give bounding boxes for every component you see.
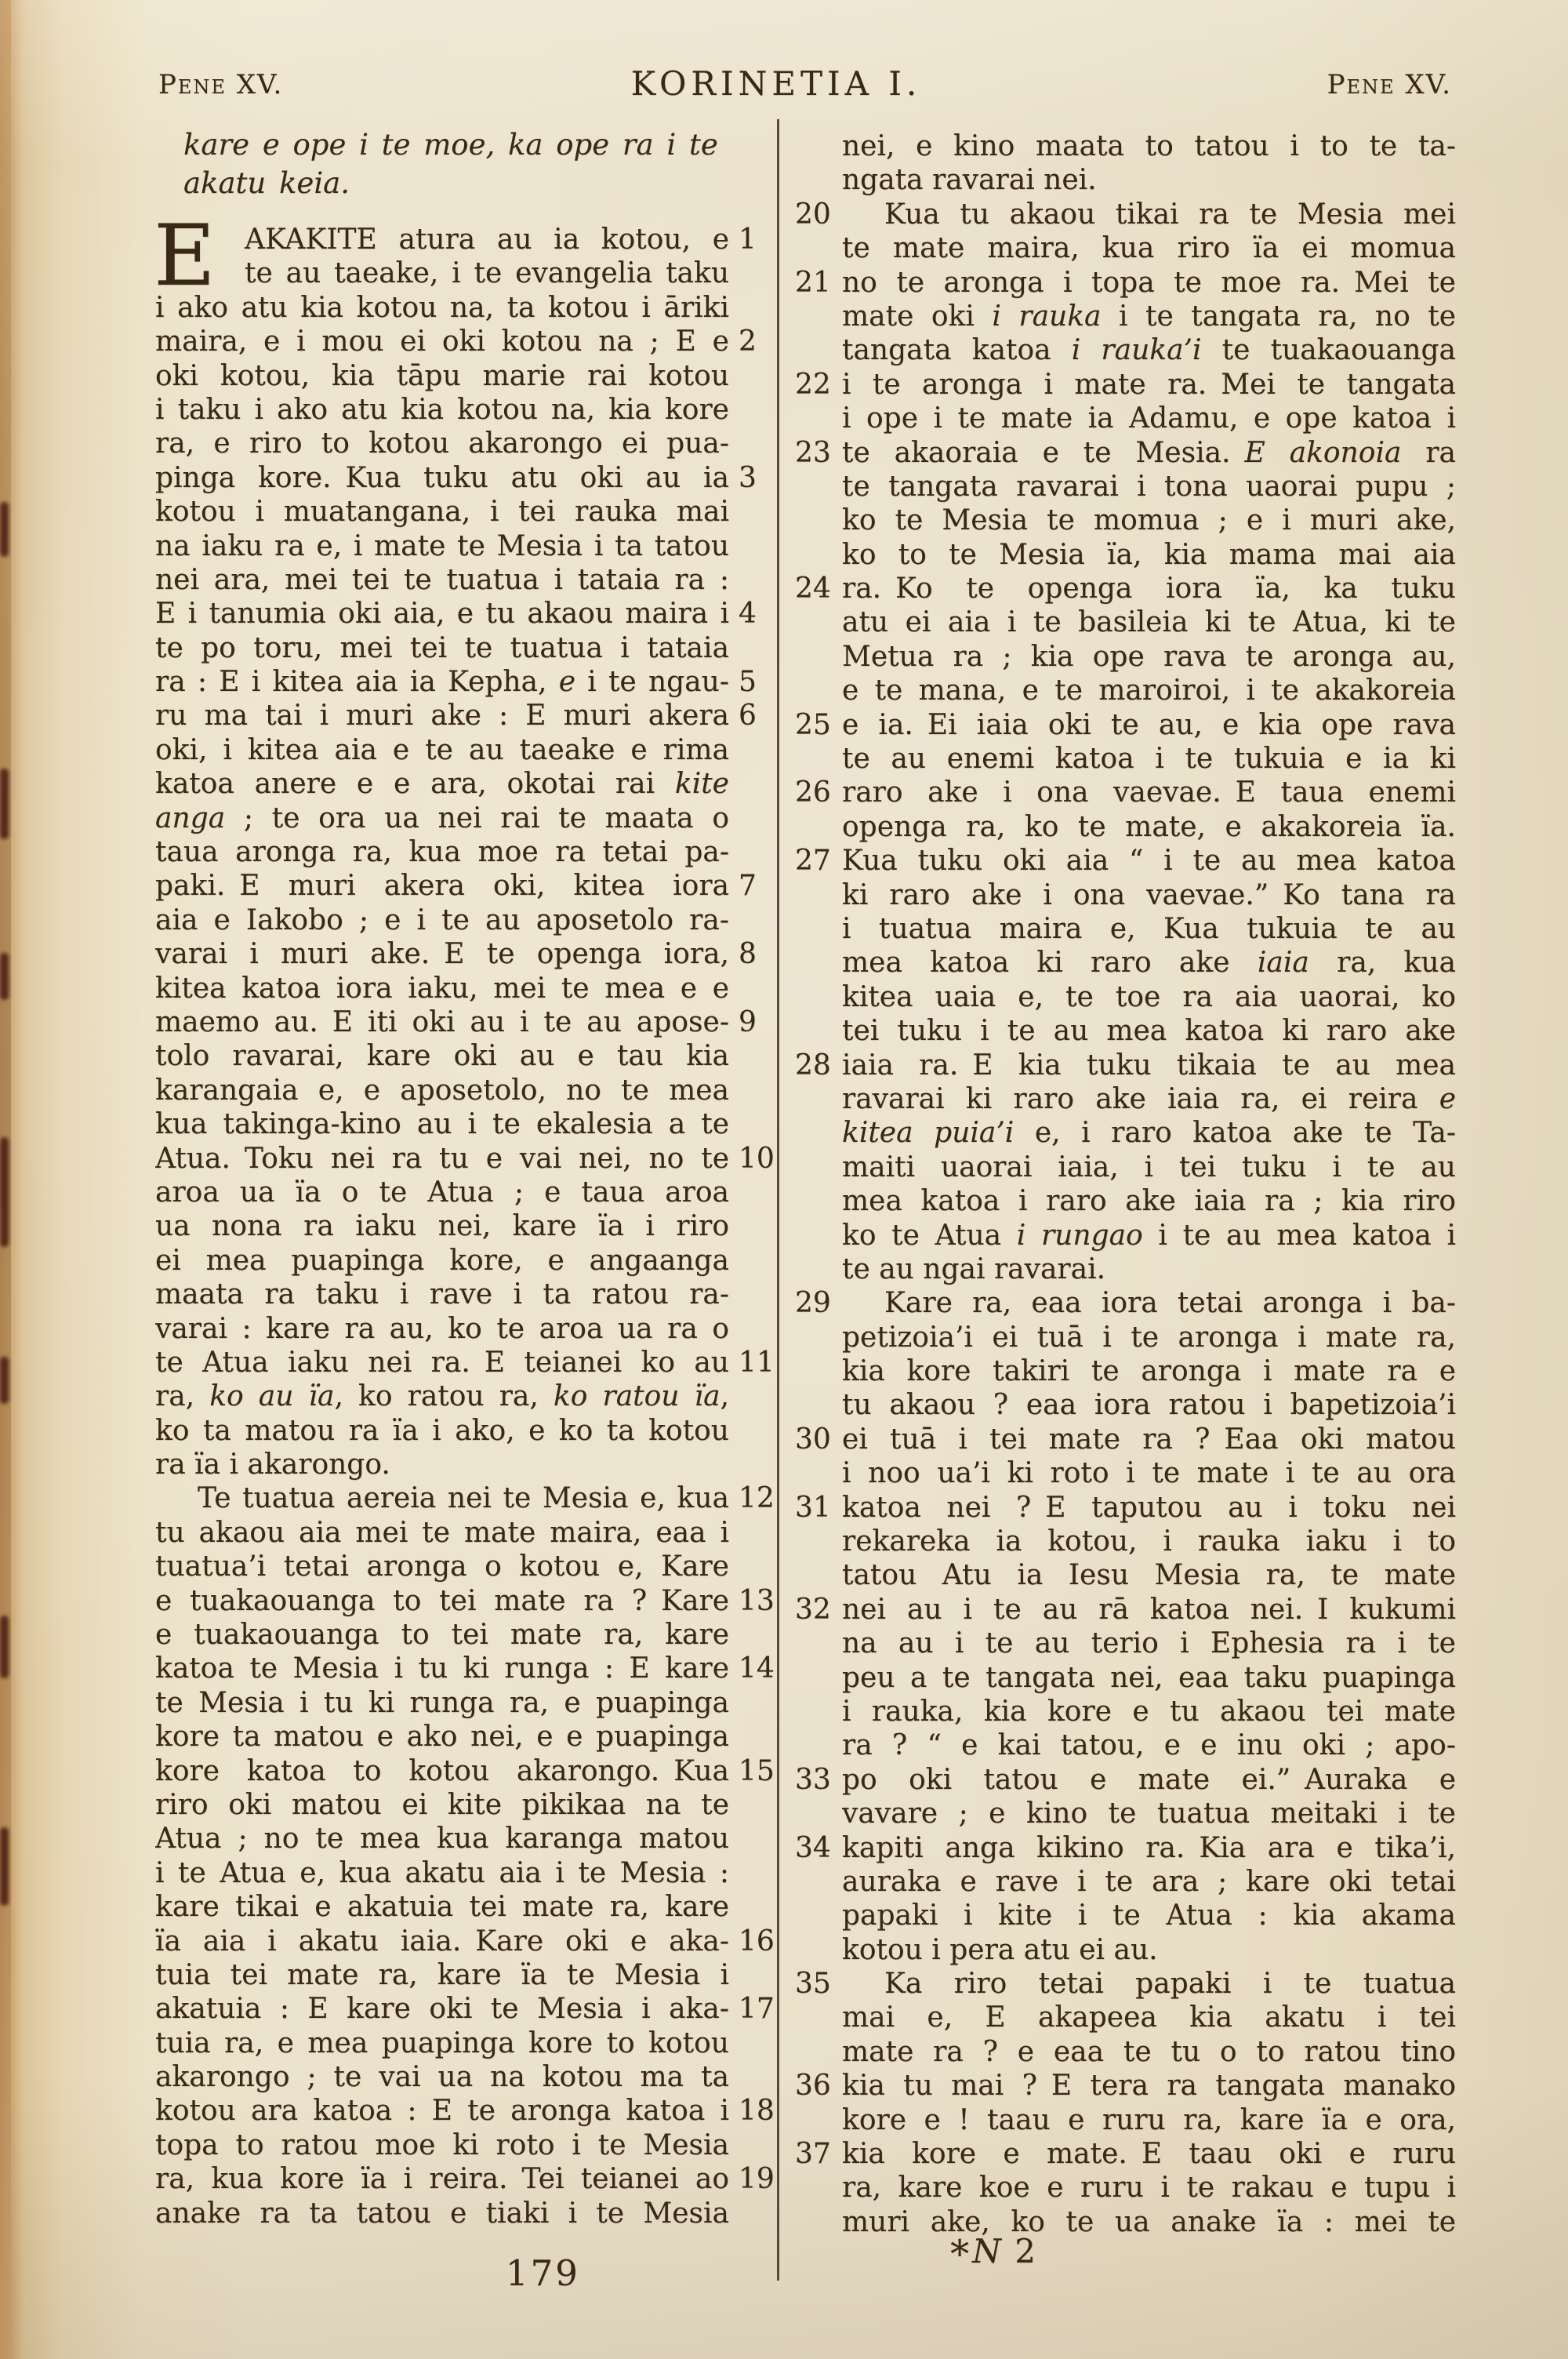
verse-number-slot (729, 733, 775, 767)
verse-number-slot (729, 1107, 775, 1141)
text-line: tatou Atu ia Iesu Mesia ra, te mate (793, 1558, 1456, 1592)
line-text: e te mana, e te maroiroi, i te akakoreia (842, 674, 1456, 707)
line-text: na au i te au terio i Ephesia ra i te (842, 1627, 1456, 1660)
text-line: ngata ravarai nei. (793, 163, 1456, 197)
line-text: karangaia e, e aposetolo, no te mea (155, 1074, 729, 1107)
line-text: e tuakaouanga to tei mate ra ? Kare (155, 1584, 729, 1618)
text-line: i noo ua’i ki roto i te mate i te au ora (793, 1456, 1456, 1490)
verse-number-slot (729, 1890, 775, 1924)
line-text: e tuakaouanga to tei mate ra, kare (155, 1618, 729, 1652)
line-text: Atua. Toku nei ra tu e vai nei, no te (155, 1142, 729, 1176)
text-line: tuatua’i tetai aronga o kotou e, Kare (155, 1550, 775, 1583)
verse-number: 11 (729, 1346, 775, 1379)
verse-number: 21 (793, 266, 842, 300)
verse-number-slot (793, 1627, 842, 1660)
text-line: ravarai ki raro ake iaia ra, ei reira e (793, 1082, 1456, 1116)
verse-number-slot (793, 878, 842, 912)
text-line: muri ake, ko te ua anake ïa : mei te (793, 2205, 1456, 2239)
line-text: katoa anere e e ara, okotai rai kite (155, 767, 729, 801)
text-line: ki raro ake i ona vaevae.” Ko tana ra (793, 878, 1456, 912)
line-text: ki raro ake i ona vaevae.” Ko tana ra (842, 878, 1456, 912)
verse-number: 23 (793, 436, 842, 470)
line-text: ïa aia i akatu iaia. Kare oki e aka- (155, 1925, 729, 1958)
verse-number: 37 (793, 2137, 842, 2171)
verse-number-slot (729, 801, 775, 835)
text-line: te au enemi katoa i te tukuia e ia ki (793, 742, 1456, 776)
text-line: tuia tei mate ra, kare ïa te Mesia i (155, 1958, 775, 1992)
text-line: kotou i muatangana, i tei rauka mai (155, 495, 775, 529)
verse-number-slot (793, 402, 842, 435)
text-line: tangata katoa i rauka’i te tuakaouanga (793, 333, 1456, 367)
verse-number-slot (729, 1039, 775, 1073)
text-line: ko ta matou ra ïa i ako, e ko ta kotou (155, 1414, 775, 1448)
line-text: ru ma tai i muri ake : E muri akera (155, 699, 729, 732)
line-text: i rauka, kia kore e tu akaou tei mate (842, 1695, 1456, 1728)
text-line: 20Kua tu akaou tikai ra te Mesia mei (793, 198, 1456, 231)
verse-number-slot (793, 163, 842, 197)
intro-line: akatu keia. (183, 164, 724, 202)
text-line: katoa te Mesia i tu ki runga : E kare14 (155, 1652, 775, 1685)
text-line: ra ? “ e kai tatou, e e inu oki ; apo- (793, 1728, 1456, 1762)
text-line: 30ei tuā i tei mate ra ? Eaa oki matou (793, 1423, 1456, 1456)
text-line: mai e, E akapeea kia akatu i tei (793, 2001, 1456, 2034)
verse-number-slot (729, 495, 775, 529)
verse-number: 7 (729, 869, 775, 903)
text-line: ua nona ra iaku nei, kare ïa i riro (155, 1209, 775, 1243)
line-text: tu akaou ? eaa iora ratou i bapetizoia’i (842, 1388, 1456, 1422)
verse-number: 14 (729, 1652, 775, 1685)
verse-number: 2 (729, 325, 775, 358)
line-text: mea katoa ki raro ake iaia ra, kua (842, 946, 1456, 980)
verse-number-slot (793, 1150, 842, 1184)
text-line: maiti uaorai iaia, i tei tuku i te au (793, 1150, 1456, 1184)
line-text: kua takinga-kino au i te ekalesia a te (155, 1107, 729, 1141)
line-text: tatou Atu ia Iesu Mesia ra, te mate (842, 1558, 1456, 1592)
line-text: anga ; te ora ua nei rai te maata o (155, 801, 729, 835)
line-text: katoa nei ? E taputou au i toku nei (842, 1491, 1456, 1525)
line-text: vavare ; e kino te tuatua meitaki i te (842, 1797, 1456, 1830)
text-line: kitea uaia e, te toe ra aia uaorai, ko (793, 980, 1456, 1014)
line-text: te au taeake, i te evangelia taku (155, 256, 729, 290)
text-line: Atua. Toku nei ra tu e vai nei, no te10 (155, 1142, 775, 1176)
verse-number-slot (729, 1516, 775, 1550)
line-text: kitea katoa iora iaku, mei te mea e e (155, 972, 729, 1005)
text-line: ra, e riro to kotou akarongo ei pua- (155, 427, 775, 460)
verse-number-slot (793, 231, 842, 265)
line-text: maira, e i mou ei oki kotou na ; E e ora… (155, 325, 729, 358)
verse-number-slot (793, 300, 842, 333)
verse-number-slot (793, 1797, 842, 1830)
text-line: e tuakaouanga to tei mate ra, kare (155, 1618, 775, 1652)
verse-number-slot (729, 2026, 775, 2060)
line-text: ko to te Mesia ïa, kia mama mai aia (842, 538, 1456, 572)
text-line: ra ïa i akarongo. (155, 1448, 775, 1481)
text-line: te au taeake, i te evangelia taku (155, 256, 775, 290)
verse-number-slot (793, 1728, 842, 1762)
line-text: mate oki i rauka i te tangata ra, no te (842, 300, 1456, 333)
text-line: kore katoa to kotou akarongo. Kua15 (155, 1754, 775, 1788)
text-line: kare tikai e akatuia tei mate ra, kare (155, 1890, 775, 1924)
line-text: i te Atua e, kua akatu aia i te Mesia : (155, 1856, 729, 1890)
text-line: kitea puia’i e, i raro katoa ake te Ta- (793, 1116, 1456, 1150)
line-text: muri ake, ko te ua anake ïa : mei te (842, 2205, 1456, 2239)
line-text: Kua tu akaou tikai ra te Mesia mei (842, 198, 1456, 231)
line-text: kore katoa to kotou akarongo. Kua (155, 1754, 729, 1788)
running-head-title: KORINETIA I. (0, 64, 1552, 103)
text-line: te po toru, mei tei te tuatua i tataia (155, 631, 775, 665)
line-text: kitea uaia e, te toe ra aia uaorai, ko (842, 980, 1456, 1014)
verse-number-slot (729, 1618, 775, 1652)
verse-number-slot (793, 1456, 842, 1490)
line-text: te tangata ravarai i tona uaorai pupu ; (842, 470, 1456, 503)
verse-number-slot (793, 2103, 842, 2137)
line-text: kotou i muatangana, i tei rauka mai (155, 495, 729, 529)
verse-number-slot (793, 538, 842, 572)
line-text: Atua ; no te mea kua karanga matou (155, 1822, 729, 1856)
page-edge-mark (0, 1827, 9, 1906)
line-text: oki kotou, kia tāpu marie rai kotou (155, 359, 729, 393)
line-text: nei ara, mei tei te tuatua i tataia ra : (155, 563, 729, 597)
line-text: tangata katoa i rauka’i te tuakaouanga (842, 333, 1456, 367)
text-line: vavare ; e kino te tuatua meitaki i te (793, 1797, 1456, 1830)
text-line: ïa aia i akatu iaia. Kare oki e aka-16 (155, 1925, 775, 1958)
text-line: 34kapiti anga kikino ra. Kia ara e tika’… (793, 1831, 1456, 1865)
verse-number-slot (729, 393, 775, 427)
text-line: tolo ravarai, kare oki au e tau kia (155, 1039, 775, 1073)
verse-number-slot (793, 1388, 842, 1422)
line-text: Te tuatua aereia nei te Mesia e, kua (155, 1481, 729, 1515)
verse-number-slot (793, 810, 842, 844)
verse-number-slot (793, 1558, 842, 1592)
text-line: te tangata ravarai i tona uaorai pupu ; (793, 470, 1456, 503)
line-text: ra, kare koe e ruru i te rakau e tupu i (842, 2171, 1456, 2205)
verse-number-slot (729, 1958, 775, 1992)
line-text: katoa te Mesia i tu ki runga : E kare (155, 1652, 729, 1685)
text-line: i ako atu kia kotou na, ta kotou i āriki (155, 291, 775, 325)
verse-number: 8 (729, 937, 775, 971)
text-line: te Atua iaku nei ra. E teianei ko au11 (155, 1346, 775, 1379)
line-text: te au ngai ravarai. (842, 1252, 1456, 1286)
text-line: aia e Iakobo ; e i te au aposetolo ra- (155, 903, 775, 937)
verse-number-slot (729, 631, 775, 665)
line-text: na iaku ra e, i mate te Mesia i ta tatou (155, 529, 729, 563)
line-text: ko te Atua i rungao i te au mea katoa i (842, 1219, 1456, 1252)
verse-number-slot (729, 1686, 775, 1720)
line-text: maemo au. E iti oki au i te au apose- (155, 1005, 729, 1039)
line-text: openga ra, ko te mate, e akakoreia ïa. (842, 810, 1456, 844)
verse-number-slot (729, 972, 775, 1005)
text-line: Te tuatua aereia nei te Mesia e, kua12 (155, 1481, 775, 1515)
text-line: kotou i pera atu ei au. (793, 1933, 1456, 1967)
text-line: 25e ia. Ei iaia oki te au, e kia ope rav… (793, 708, 1456, 742)
line-text: maiti uaorai iaia, i tei tuku i te au (842, 1150, 1456, 1184)
line-text: Ka riro tetai papaki i te tuatua (842, 1967, 1456, 2001)
page-edge-mark (0, 953, 9, 1000)
text-line: akarongo ; te vai ua na kotou ma ta (155, 2060, 775, 2094)
text-line: ra, kare koe e ruru i te rakau e tupu i (793, 2171, 1456, 2205)
verse-number: 26 (793, 776, 842, 809)
verse-number-slot (793, 1252, 842, 1286)
verse-number-slot (729, 2060, 775, 2094)
verse-number: 33 (793, 1763, 842, 1797)
verse-number-slot (793, 1661, 842, 1695)
line-text: ko te Mesia te momua ; e i muri ake, (842, 503, 1456, 537)
line-text: kia kore takiri te aronga i mate ra e (842, 1354, 1456, 1388)
text-line: 21no te aronga i topa te moe ra. Mei te (793, 266, 1456, 300)
text-line: atu ei aia i te basileia ki te Atua, ki … (793, 605, 1456, 639)
line-text: i ope i te mate ia Adamu, e ope katoa i (842, 402, 1456, 435)
verse-number-slot (729, 359, 775, 393)
verse-number-slot (729, 2128, 775, 2162)
column-left: E AKAKITE atura au ia kotou, e1te au tae… (155, 223, 775, 2230)
text-line: te Mesia i tu ki runga ra, e puapinga (155, 1686, 775, 1720)
line-text: ra, ko au ïa, ko ratou ra, ko ratou ïa, (155, 1379, 729, 1413)
verse-number: 18 (729, 2094, 775, 2128)
line-text: mea katoa i raro ake iaia ra ; kia riro (842, 1184, 1456, 1218)
verse-number: 16 (729, 1925, 775, 1958)
text-line: varai i muri ake. E te openga iora,8 (155, 937, 775, 971)
text-line: ra : E i kitea aia ia Kepha, e i te ngau… (155, 665, 775, 699)
verse-number-slot (793, 2001, 842, 2034)
verse-number-slot (729, 1312, 775, 1346)
text-line: varai : kare ra au, ko te aroa ua ra o (155, 1312, 775, 1346)
verse-number: 29 (793, 1286, 842, 1320)
text-line: ra, ko au ïa, ko ratou ra, ko ratou ïa, (155, 1379, 775, 1413)
verse-number-slot (729, 1176, 775, 1209)
line-text: topa to ratou moe ki roto i te Mesia (155, 2128, 729, 2162)
text-line: katoa anere e e ara, okotai rai kite (155, 767, 775, 801)
verse-number-slot (793, 129, 842, 163)
page-number: 179 (506, 2252, 580, 2294)
line-text: oki, i kitea aia e te au taeake e rima (155, 733, 729, 767)
line-text: Kare ra, eaa iora tetai aronga i ba- (842, 1286, 1456, 1320)
line-text: i ako atu kia kotou na, ta kotou i āriki (155, 291, 729, 325)
text-line: 23te akaoraia e te Mesia. E akonoia ra (793, 436, 1456, 470)
text-line: mate oki i rauka i te tangata ra, no te (793, 300, 1456, 333)
line-text: e ia. Ei iaia oki te au, e kia ope rava (842, 708, 1456, 742)
verse-number-slot (729, 291, 775, 325)
verse-number: 3 (729, 461, 775, 495)
verse-number: 1 (729, 223, 775, 256)
verse-number: 13 (729, 1584, 775, 1618)
line-text: mate ra ? e eaa te tu o to ratou tino (842, 2035, 1456, 2069)
line-text: ei tuā i tei mate ra ? Eaa oki matou (842, 1423, 1456, 1456)
text-line: papaki i kite i te Atua : kia akama (793, 1899, 1456, 1932)
verse-number: 31 (793, 1491, 842, 1525)
verse-number: 34 (793, 1831, 842, 1865)
text-line: na au i te au terio i Ephesia ra i te (793, 1627, 1456, 1660)
verse-number-slot (729, 1550, 775, 1583)
verse-number: 4 (729, 597, 775, 631)
verse-number-slot (793, 742, 842, 776)
text-line: i ope i te mate ia Adamu, e ope katoa i (793, 402, 1456, 435)
line-text: po oki tatou e mate ei.” Auraka e (842, 1763, 1456, 1797)
line-text: Kua tuku oki aia “ i te au mea katoa (842, 844, 1456, 878)
verse-number-slot (793, 1219, 842, 1252)
column-right: nei, e kino maata to tatou i to te ta-ng… (793, 129, 1456, 2239)
verse-number-slot (729, 1379, 775, 1413)
line-text: kotou i pera atu ei au. (842, 1933, 1456, 1967)
text-line: karangaia e, e aposetolo, no te mea (155, 1074, 775, 1107)
verse-number: 17 (729, 1992, 775, 2026)
line-text: ra ? “ e kai tatou, e e inu oki ; apo- (842, 1728, 1456, 1762)
verse-number: 25 (793, 708, 842, 742)
line-text: te Mesia i tu ki runga ra, e puapinga (155, 1686, 729, 1720)
line-text: te au enemi katoa i te tukuia e ia ki (842, 742, 1456, 776)
text-line: 37kia kore e mate. E taau oki e ruru (793, 2137, 1456, 2171)
verse-number-slot (793, 1082, 842, 1116)
verse-number-slot (793, 640, 842, 674)
running-head-right: Pene XV. (1327, 69, 1452, 100)
line-text: paki. E muri akera oki, kitea iora (155, 869, 729, 903)
verse-number-slot (793, 2171, 842, 2205)
line-text: taua aronga ra, kua moe ra tetai pa- (155, 835, 729, 869)
text-line: nei ara, mei tei te tuatua i tataia ra : (155, 563, 775, 597)
line-text: pinga kore. Kua tuku atu oki au ia (155, 461, 729, 495)
text-line: 27Kua tuku oki aia “ i te au mea katoa (793, 844, 1456, 878)
verse-number-slot (729, 1074, 775, 1107)
verse-number-slot (793, 1525, 842, 1558)
line-text: aroa ua ïa o te Atua ; e taua aroa (155, 1176, 729, 1209)
verse-number-slot (729, 1278, 775, 1311)
verse-number-slot (793, 1116, 842, 1150)
verse-number: 9 (729, 1005, 775, 1039)
text-line: 26raro ake i ona vaevae. E taua enemi (793, 776, 1456, 809)
verse-number: 35 (793, 1967, 842, 2001)
line-text: ngata ravarai nei. (842, 163, 1456, 197)
text-line: ra, kua kore ïa i reira. Tei teianei ao1… (155, 2162, 775, 2196)
line-text: tolo ravarai, kare oki au e tau kia (155, 1039, 729, 1073)
verse-number-slot (729, 1414, 775, 1448)
text-line: oki kotou, kia tāpu marie rai kotou (155, 359, 775, 393)
verse-number-slot (793, 1014, 842, 1048)
signature-mark: *N 2 (950, 2232, 1036, 2277)
verse-number-slot (729, 835, 775, 869)
line-text: i taku i ako atu kia kotou na, kia kore (155, 393, 729, 427)
verse-number-slot (793, 1184, 842, 1218)
text-line: maata ra taku i rave i ta ratou ra- (155, 1278, 775, 1311)
verse-number-slot (729, 1448, 775, 1481)
text-line: mea katoa ki raro ake iaia ra, kua (793, 946, 1456, 980)
verse-number-slot (729, 563, 775, 597)
verse-number-slot (793, 470, 842, 503)
verse-number: 12 (729, 1481, 775, 1515)
line-text: i te aronga i mate ra. Mei te tangata (842, 368, 1456, 402)
text-line: i tuatua maira e, Kua tukuia te au (793, 912, 1456, 946)
line-text: Metua ra ; kia ope rava te aronga au, (842, 640, 1456, 674)
text-line: ko to te Mesia ïa, kia mama mai aia (793, 538, 1456, 572)
line-text: i tuatua maira e, Kua tukuia te au (842, 912, 1456, 946)
text-line: kua takinga-kino au i te ekalesia a te (155, 1107, 775, 1141)
text-line: ru ma tai i muri ake : E muri akera6 (155, 699, 775, 732)
text-line: i te Atua e, kua akatu aia i te Mesia : (155, 1856, 775, 1890)
text-line: 32nei au i te au rā katoa nei. I kukumi (793, 1593, 1456, 1627)
verse-number-slot (793, 1899, 842, 1932)
verse-number-slot (793, 1695, 842, 1728)
verse-number-slot (793, 946, 842, 980)
text-line: openga ra, ko te mate, e akakoreia ïa. (793, 810, 1456, 844)
verse-number-slot (729, 529, 775, 563)
text-line: peu a te tangata nei, eaa taku puapinga (793, 1661, 1456, 1695)
text-line: tei tuku i te au mea katoa ki raro ake (793, 1014, 1456, 1048)
text-line: 24ra. Ko te openga iora ïa, ka tuku (793, 572, 1456, 605)
page-edge-mark (0, 769, 9, 839)
line-text: papaki i kite i te Atua : kia akama (842, 1899, 1456, 1932)
column-divider-rule (777, 119, 779, 2281)
line-text: tuatua’i tetai aronga o kotou e, Kare (155, 1550, 729, 1583)
verse-number-slot (729, 767, 775, 801)
line-text: riro oki matou ei kite pikikaa na te (155, 1788, 729, 1822)
text-line: maemo au. E iti oki au i te au apose-9 (155, 1005, 775, 1039)
verse-number: 32 (793, 1593, 842, 1627)
asterisk-mark: * (950, 2233, 972, 2277)
text-line: paki. E muri akera oki, kitea iora7 (155, 869, 775, 903)
line-text: kore ta matou e ako nei, e e puapinga (155, 1720, 729, 1754)
verse-number-slot (793, 912, 842, 946)
line-text: kia tu mai ? E tera ra tangata manako (842, 2069, 1456, 2103)
verse-number-slot (793, 1865, 842, 1899)
text-line: 33po oki tatou e mate ei.” Auraka e (793, 1763, 1456, 1797)
verse-number: 36 (793, 2069, 842, 2103)
intro-line: kare e ope i te moe, ka ope ra i te (183, 125, 724, 164)
text-line: petizoia’i ei tuā i te aronga i mate ra, (793, 1321, 1456, 1354)
line-text: te mate maira, kua riro ïa ei momua (842, 231, 1456, 265)
text-line: te au ngai ravarai. (793, 1252, 1456, 1286)
text-line: AKAKITE atura au ia kotou, e1 (155, 223, 775, 256)
verse-number-slot (793, 333, 842, 367)
text-line: kotou ara katoa : E te aronga katoa i18 (155, 2094, 775, 2128)
text-line: 22i te aronga i mate ra. Mei te tangata (793, 368, 1456, 402)
line-text: kia kore e mate. E taau oki e ruru (842, 2137, 1456, 2171)
line-text: kore e ! taau e ruru ra, kare ïa e ora, (842, 2103, 1456, 2137)
text-line: tu akaou ? eaa iora ratou i bapetizoia’i (793, 1388, 1456, 1422)
text-line: i taku i ako atu kia kotou na, kia kore (155, 393, 775, 427)
line-text: atu ei aia i te basileia ki te Atua, ki … (842, 605, 1456, 639)
book-page-scan: Pene XV. KORINETIA I. Pene XV. kare e op… (0, 0, 1568, 2359)
verse-number-slot (793, 605, 842, 639)
line-text: varai i muri ake. E te openga iora, (155, 937, 729, 971)
text-line: kitea katoa iora iaku, mei te mea e e (155, 972, 775, 1005)
verse-number: 19 (729, 2162, 775, 2196)
line-text: ra, kua kore ïa i reira. Tei teianei ao (155, 2162, 729, 2196)
text-line: anake ra ta tatou e tiaki i te Mesia (155, 2197, 775, 2230)
text-line: e te mana, e te maroiroi, i te akakoreia (793, 674, 1456, 707)
verse-number-slot (793, 2035, 842, 2069)
line-text: anake ra ta tatou e tiaki i te Mesia (155, 2197, 729, 2230)
verse-number-slot (793, 2205, 842, 2239)
text-line: tu akaou aia mei te mate maira, eaa i (155, 1516, 775, 1550)
line-text: tei tuku i te au mea katoa ki raro ake (842, 1014, 1456, 1048)
text-line: Atua ; no te mea kua karanga matou (155, 1822, 775, 1856)
text-line: pinga kore. Kua tuku atu oki au ia3 (155, 461, 775, 495)
verse-number-slot (729, 256, 775, 290)
text-line: 29Kare ra, eaa iora tetai aronga i ba- (793, 1286, 1456, 1320)
text-line: nei, e kino maata to tatou i to te ta- (793, 129, 1456, 163)
signature-letter: N (972, 2232, 1004, 2270)
text-line: riro oki matou ei kite pikikaa na te (155, 1788, 775, 1822)
line-text: tuia ra, e mea puapinga kore to kotou (155, 2026, 729, 2060)
line-text: no te aronga i topa te moe ra. Mei te (842, 266, 1456, 300)
verse-number-slot (729, 1209, 775, 1243)
line-text: ei mea puapinga kore, e angaanga (155, 1244, 729, 1278)
line-text: aia e Iakobo ; e i te au aposetolo ra- (155, 903, 729, 937)
verse-number: 22 (793, 368, 842, 402)
line-text: tuia tei mate ra, kare ïa te Mesia i (155, 1958, 729, 1992)
text-line: mea katoa i raro ake iaia ra ; kia riro (793, 1184, 1456, 1218)
verse-number-slot (729, 2197, 775, 2230)
line-text: iaia ra. E kia tuku tikaia te au mea (842, 1049, 1456, 1082)
line-text: te po toru, mei tei te tuatua i tataia (155, 631, 729, 665)
